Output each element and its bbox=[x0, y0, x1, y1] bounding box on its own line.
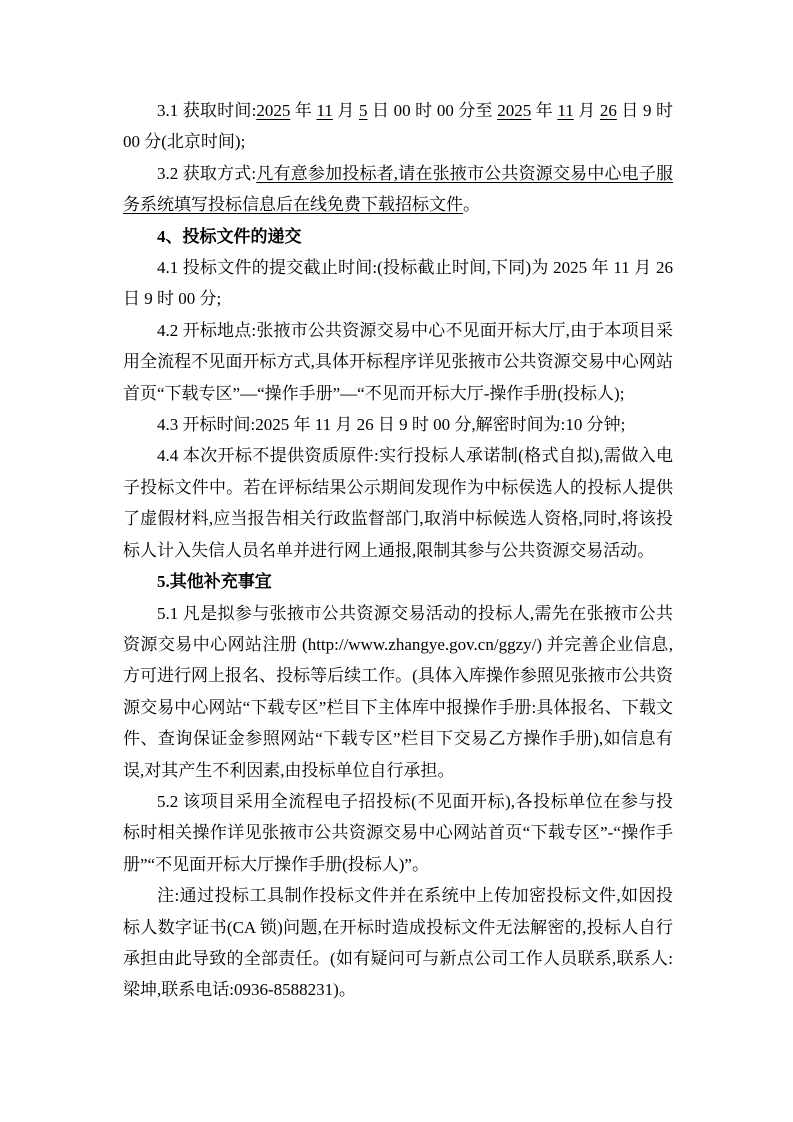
acquisition-end-year: 2025 bbox=[497, 101, 531, 120]
document-page: 3.1 获取时间:2025 年 11 月 5 日 00 时 00 分至 2025… bbox=[0, 0, 793, 1122]
acquisition-start-day: 5 bbox=[359, 101, 368, 120]
section-5-heading: 5.其他补充事宜 bbox=[123, 566, 673, 597]
clause-4-2-bid-opening-location: 4.2 开标地点:张掖市公共资源交易中心不见面开标大厅,由于本项目采用全流程不见… bbox=[123, 315, 673, 409]
registration-url: http://www.zhangye.gov.cn/ggzy/ bbox=[308, 635, 537, 654]
contact-phone-number: 0936-8588231 bbox=[234, 980, 333, 999]
clause-4-1-submission-deadline: 4.1 投标文件的提交截止时间:(投标截止时间,下同)为 2025 年 11 月… bbox=[123, 252, 673, 315]
acquisition-start-month: 11 bbox=[316, 101, 332, 120]
clause-4-3-bid-opening-time: 4.3 开标时间:2025 年 11 月 26 日 9 时 00 分,解密时间为… bbox=[123, 409, 673, 440]
acquisition-start-year: 2025 bbox=[256, 101, 290, 120]
clause-3-2-label: 3.2 获取方式: bbox=[157, 164, 256, 183]
clause-3-1-acquisition-time: 3.1 获取时间:2025 年 11 月 5 日 00 时 00 分至 2025… bbox=[123, 95, 673, 158]
clause-3-2-acquisition-method: 3.2 获取方式:凡有意参加投标者,请在张掖市公共资源交易中心电子服务系统填写投… bbox=[123, 158, 673, 221]
note-paragraph: 注:通过投标工具制作投标文件并在系统中上传加密投标文件,如因投标人数字证书(CA… bbox=[123, 880, 673, 1006]
clause-5-2-electronic-bidding: 5.2 该项目采用全流程电子招投标(不见面开标),各投标单位在参与投标时相关操作… bbox=[123, 786, 673, 880]
clause-3-1-label: 3.1 获取时间: bbox=[157, 101, 256, 120]
section-4-heading: 4、投标文件的递交 bbox=[123, 221, 673, 252]
clause-5-1-registration: 5.1 凡是拟参与张掖市公共资源交易活动的投标人,需先在张掖市公共资源交易中心网… bbox=[123, 598, 673, 786]
acquisition-end-month: 11 bbox=[557, 101, 573, 120]
clause-4-4-qualification-commitment: 4.4 本次开标不提供资质原件:实行投标人承诺制(格式自拟),需做入电子投标文件… bbox=[123, 440, 673, 566]
contact-person-name: 梁坤 bbox=[123, 980, 157, 999]
acquisition-end-day: 26 bbox=[600, 101, 617, 120]
